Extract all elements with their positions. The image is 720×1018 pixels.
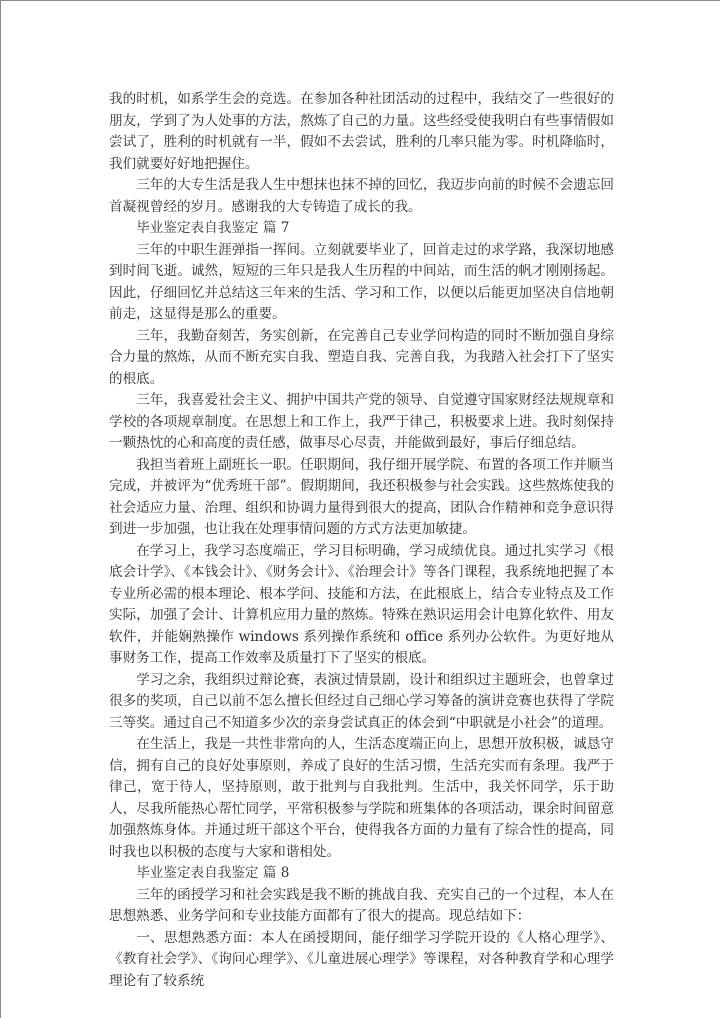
paragraph-diligence: 三年，我勤奋刻苦，务实创新，在完善自己专业学问构造的同时不断加强自身综合力量的熬… [109,326,614,391]
section-heading-8: 毕业鉴定表自我鉴定 篇 8 [109,863,614,885]
paragraph-study: 在学习上，我学习态度端正，学习目标明确，学习成绩优良。通过扎实学习《根底会计学》… [109,541,614,670]
document-body: 我的时机，如系学生会的竞选。在参加各种社团活动的过程中，我结交了一些很好的朋友，… [109,89,614,992]
paragraph-correspondence-study: 三年的函授学习和社会实践是我不断的挑战自我、充实自己的一个过程，本人在思想熟悉、… [109,885,614,928]
paragraph-vocational-career: 三年的中职生涯弹指一挥间。立刻就要毕业了，回首走过的求学路，我深切地感到时间飞逝… [109,240,614,326]
paragraph-life: 在生活上，我是一共性非常向的人，生活态度端正向上，思想开放积极，诚恳守信，拥有自… [109,734,614,863]
document-page: 我的时机，如系学生会的竞选。在参加各种社团活动的过程中，我结交了一些很好的朋友，… [0,0,720,1018]
paragraph-opportunity: 我的时机，如系学生会的竞选。在参加各种社团活动的过程中，我结交了一些很好的朋友，… [109,89,614,175]
paragraph-political-attitude: 三年，我喜爱社会主义、拥护中国共产党的领导、自觉遵守国家财经法规规章和学校的各项… [109,390,614,455]
section-heading-7: 毕业鉴定表自我鉴定 篇 7 [109,218,614,240]
paragraph-ideology: 一、思想熟悉方面：本人在函授期间，能仔细学习学院开设的《人格心理学》、《教育社会… [109,928,614,993]
paragraph-class-monitor: 我担当着班上副班长一职。任职期间，我仔细开展学院、布置的各项工作并顺当完成，并被… [109,455,614,541]
paragraph-college-memory: 三年的大专生活是我人生中想抹也抹不掉的回忆，我迈步向前的时候不会遗忘回首凝视曾经… [109,175,614,218]
paragraph-extracurricular: 学习之余，我组织过辩论赛，表演过情景剧，设计和组织过主题班会，也曾拿过很多的奖项… [109,670,614,735]
